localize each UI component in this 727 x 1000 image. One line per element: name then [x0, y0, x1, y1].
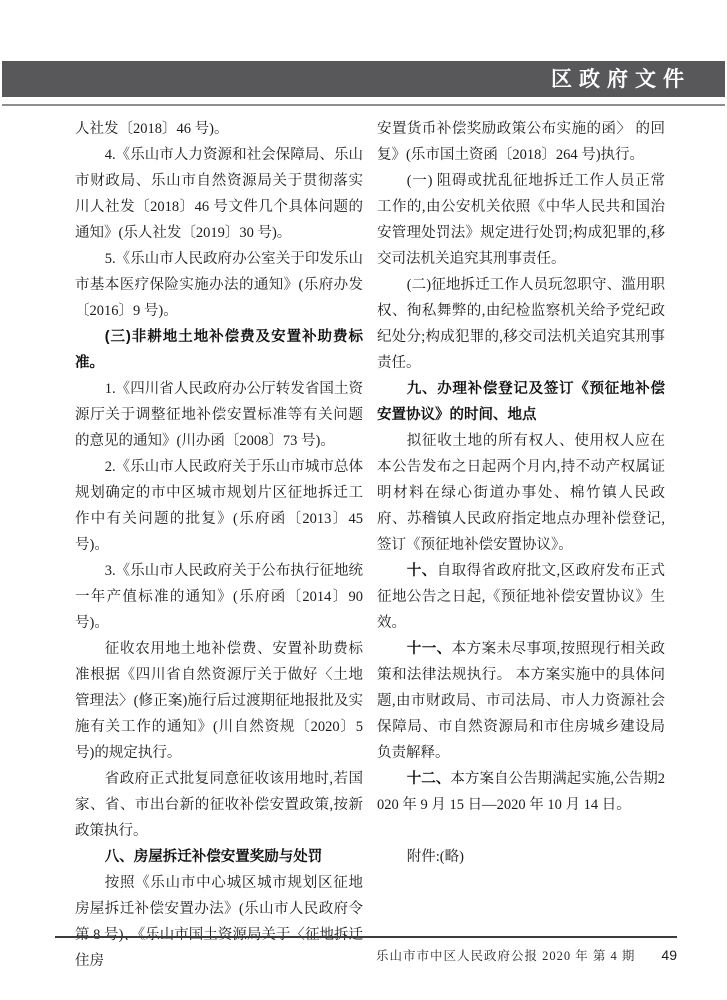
item-number: 十、 — [407, 563, 437, 579]
paragraph: 1.《四川省人民政府办公厅转发省国土资源厅关于调整征地补偿安置标准等有关问题的意… — [75, 376, 363, 454]
journal-title: 乐山市市中区人民政府公报 2020 年 第 4 期 — [376, 949, 635, 963]
paragraph: (二)征地拆迁工作人员玩忽职守、滥用职权、徇私舞弊的,由纪检监察机关给予党纪政纪… — [377, 272, 665, 376]
paragraph: 征收农用地土地补偿费、安置补助费标准根据《四川省自然资源厅关于做好〈土地管理法〉… — [75, 636, 363, 766]
paragraph: 省政府正式批复同意征收该用地时,若国家、省、市出台新的征收补偿安置政策,按新政策… — [75, 766, 363, 844]
section-heading: 八、房屋拆迁补偿安置奖励与处罚 — [75, 844, 363, 870]
right-column: 安置货币补偿奖励政策公布实施的函〉 的回复》(乐市国土资函〔2018〕264 号… — [377, 116, 665, 974]
item-number: 十一、 — [407, 641, 452, 657]
paragraph: 人社发〔2018〕46 号)。 — [75, 116, 363, 142]
paragraph: 十二、本方案自公告期满起实施,公告期2020 年 9 月 15 日—2020 年… — [377, 766, 665, 818]
document-body: 人社发〔2018〕46 号)。 4.《乐山市人力资源和社会保障局、乐山市财政局、… — [75, 116, 665, 974]
paragraph: 十、自取得省政府批文,区政府发布正式征地公告之日起,《预征地补偿安置协议》生效。 — [377, 558, 665, 636]
paragraph: 安置货币补偿奖励政策公布实施的函〉 的回复》(乐市国土资函〔2018〕264 号… — [377, 116, 665, 168]
page-number: 49 — [661, 947, 677, 963]
item-number: 十二、 — [407, 771, 451, 787]
section-heading: 九、办理补偿登记及签订《预征地补偿安置协议》的时间、地点 — [377, 376, 665, 428]
gazette-page: 区政府文件 人社发〔2018〕46 号)。 4.《乐山市人力资源和社会保障局、乐… — [0, 0, 727, 1000]
paragraph: 3.《乐山市人民政府关于公布执行征地统一年产值标准的通知》(乐府函〔2014〕9… — [75, 558, 363, 636]
left-column: 人社发〔2018〕46 号)。 4.《乐山市人力资源和社会保障局、乐山市财政局、… — [75, 116, 363, 974]
paragraph: 5.《乐山市人民政府办公室关于印发乐山市基本医疗保险实施办法的通知》(乐府办发〔… — [75, 246, 363, 324]
paragraph: 十一、本方案未尽事项,按照现行相关政策和法律法规执行。 本方案实施中的具体问题,… — [377, 636, 665, 766]
footer: 乐山市市中区人民政府公报 2020 年 第 4 期 49 — [55, 946, 677, 965]
paragraph-text: 本方案未尽事项,按照现行相关政策和法律法规执行。 本方案实施中的具体问题,由市财… — [377, 641, 665, 761]
paragraph: 2.《乐山市人民政府关于乐山市城市总体规划确定的市中区城市规划片区征地拆迁工作中… — [75, 454, 363, 558]
header-divider — [2, 104, 725, 106]
paragraph: (一) 阻碍或扰乱征地拆迁工作人员正常工作的,由公安机关依照《中华人民共和国治安… — [377, 168, 665, 272]
sub-heading: (三)非耕地土地补偿费及安置补助费标准。 — [75, 324, 363, 376]
attachment-note: 附件:(略) — [377, 844, 665, 870]
paragraph: 4.《乐山市人力资源和社会保障局、乐山市财政局、乐山市自然资源局关于贯彻落实川人… — [75, 142, 363, 246]
section-title: 区政府文件 — [551, 69, 691, 90]
paragraph: 拟征收土地的所有权人、使用权人应在本公告发布之日起两个月内,持不动产权属证明材料… — [377, 428, 665, 558]
footer-divider — [55, 936, 677, 938]
header-band: 区政府文件 — [2, 61, 725, 97]
